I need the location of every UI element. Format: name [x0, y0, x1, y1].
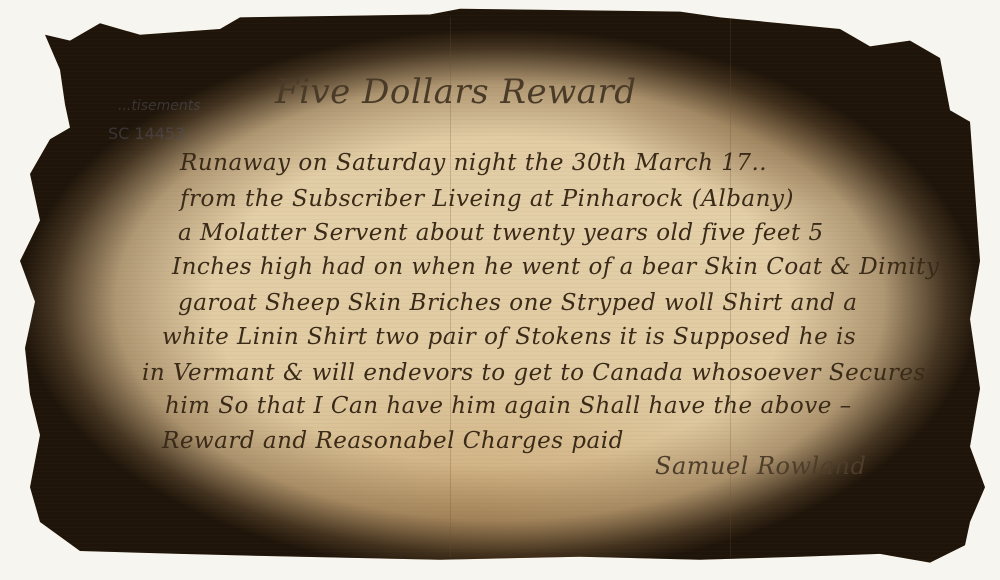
text-line: garoat Sheep Skin Briches one Stryped wo… [178, 290, 857, 316]
text-line: Inches high had on when he went of a bea… [172, 254, 939, 280]
handwriting-layer: Five Dollars Reward ...tisements SC 1445… [0, 0, 1000, 580]
text-line: Runaway on Saturday night the 30th March… [180, 150, 767, 176]
text-line: him So that I Can have him again Shall h… [165, 393, 852, 419]
heading: Five Dollars Reward [275, 72, 636, 112]
text-line: Reward and Reasonabel Charges paid [162, 428, 624, 454]
pencil-margin-note: ...tisements [118, 98, 201, 114]
text-line: a Molatter Servent about twenty years ol… [178, 220, 824, 246]
catalog-number: SC 14453 [108, 124, 185, 143]
text-line: from the Subscriber Liveing at Pinharock… [180, 186, 794, 212]
text-line: white Linin Shirt two pair of Stokens it… [162, 324, 856, 350]
text-line: in Vermant & will endevors to get to Can… [142, 360, 926, 386]
signature: Samuel Rowland [655, 452, 866, 480]
